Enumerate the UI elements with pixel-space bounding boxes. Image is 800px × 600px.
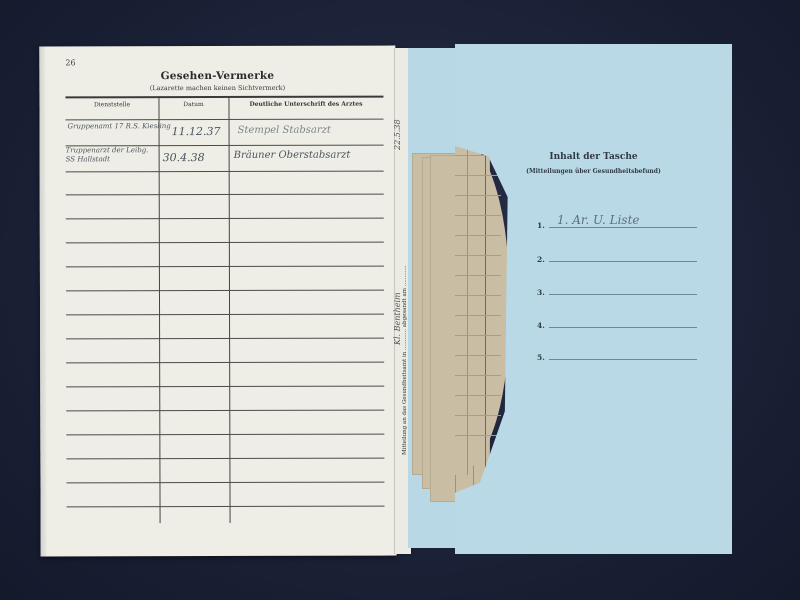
page-edge <box>39 46 46 556</box>
row-rule <box>66 482 384 484</box>
card-grid-line <box>455 395 501 396</box>
spine-handwritten-place: Kl. Bentheim <box>393 292 402 345</box>
row-rule <box>66 362 384 364</box>
handwritten-signature-1: Stempel Stabsarzt <box>238 125 331 136</box>
card-grid-line <box>455 235 501 236</box>
page-number: 26 <box>65 58 75 67</box>
row-rule <box>66 410 384 412</box>
column-header-datum: Datum <box>158 101 228 108</box>
spine-handwritten-date: 22.5.38 <box>393 119 402 150</box>
handwritten-datum-1: 11.12.37 <box>172 125 221 138</box>
pocket-item-3: 3. <box>537 283 697 297</box>
pocket-item-5: 5. <box>537 348 697 362</box>
row-rule <box>66 242 384 244</box>
card-grid-line <box>455 415 501 416</box>
card-grid-line <box>455 435 501 436</box>
item-rule <box>549 294 697 295</box>
card-grid-line <box>455 315 501 316</box>
item-number: 2. <box>537 255 545 264</box>
handwritten-dienststelle-1: Gruppenamt 17 R.S. Kiesling <box>68 122 171 130</box>
vermerke-table: Dienststelle Datum Deutliche Unterschrif… <box>65 96 384 522</box>
column-header-unterschrift: Deutliche Unterschrift des Arztes <box>228 101 383 108</box>
card-grid-line <box>467 135 468 475</box>
table-top-rule <box>65 96 383 99</box>
item-rule <box>549 261 697 262</box>
item-number: 1. <box>537 221 545 230</box>
row-rule <box>67 506 385 508</box>
item-rule <box>549 227 697 228</box>
page-subtitle: (Lazarette machen keinen Sichtvermerk) <box>39 84 395 93</box>
row-rule <box>66 266 384 268</box>
row-rule <box>66 218 384 220</box>
item-rule <box>549 359 697 360</box>
card-grid-line <box>455 215 501 216</box>
item-number: 5. <box>537 353 545 362</box>
column-header-dienststelle: Dienststelle <box>65 101 158 108</box>
card-grid-line <box>485 135 486 475</box>
card-grid-line <box>455 195 501 196</box>
left-page-gesehen-vermerke: 26 Gesehen-Vermerke (Lazarette machen ke… <box>39 46 396 557</box>
column-divider <box>158 98 160 523</box>
card-grid-line <box>455 335 501 336</box>
card-grid-line <box>455 275 501 276</box>
row-rule <box>66 290 384 292</box>
card-grid-line <box>455 355 501 356</box>
pocket-item-4: 4. <box>537 316 697 330</box>
column-divider <box>228 98 230 523</box>
row-rule <box>66 434 384 436</box>
row-rule <box>66 386 384 388</box>
row-rule <box>66 119 384 121</box>
handwritten-datum-2: 30.4.38 <box>163 151 205 164</box>
pocket-title: Inhalt der Tasche <box>455 152 732 162</box>
row-rule <box>66 314 384 316</box>
row-rule <box>66 458 384 460</box>
item-number: 3. <box>537 288 545 297</box>
card-grid-line <box>455 375 501 376</box>
item-number: 4. <box>537 321 545 330</box>
handwritten-signature-2: Bräuner Oberstabsarzt <box>234 150 351 161</box>
card-grid-line <box>455 175 501 176</box>
item-rule <box>549 327 697 328</box>
row-rule <box>66 171 384 173</box>
card-grid-line <box>455 255 501 256</box>
card-grid-line <box>455 295 501 296</box>
pocket-item-1: 1. 1. Ar. U. Liste <box>537 216 697 230</box>
row-rule <box>66 194 384 196</box>
handwritten-dienststelle-2: Truppenarzt der Leibg. SS Hallstadt <box>66 146 158 164</box>
row-rule <box>66 338 384 340</box>
item-value-handwritten: 1. Ar. U. Liste <box>557 213 640 227</box>
pocket-item-2: 2. <box>537 250 697 264</box>
page-title: Gesehen-Vermerke <box>39 70 395 83</box>
